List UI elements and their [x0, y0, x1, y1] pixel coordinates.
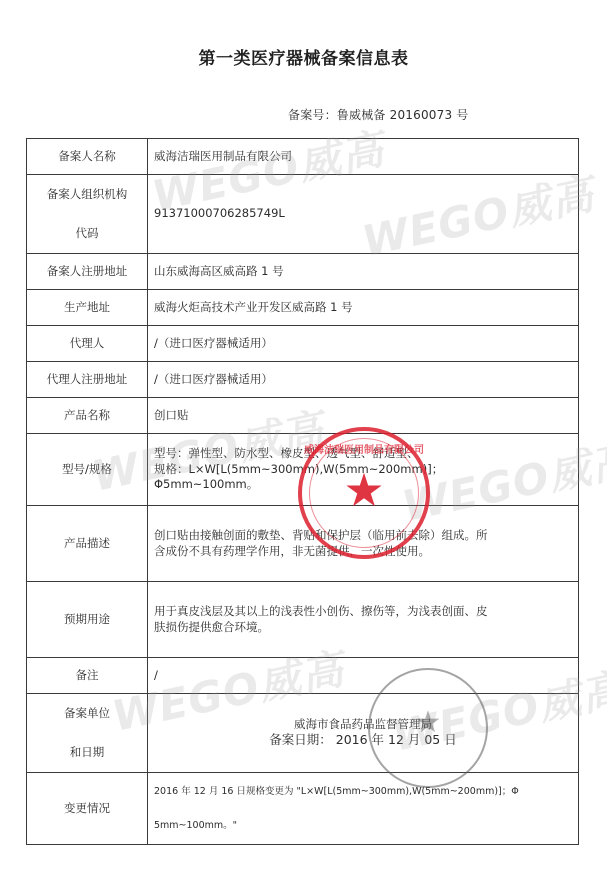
- notes-value: /: [148, 658, 579, 694]
- model-spec-value: 型号：弹性型、防水型、橡皮型、透气型、舒适型、 规格：L×W[L(5mm~300…: [148, 434, 579, 506]
- change-history-value: 2016 年 12 月 16 日规格变更为 "L×W[L(5mm~300mm),…: [148, 773, 579, 845]
- registered-address-value: 山东威海高区威高路 1 号: [148, 254, 579, 290]
- label-line: 备案人组织机构: [33, 175, 141, 214]
- row-label: 备案单位 和日期: [27, 694, 148, 773]
- filing-info-table: 备案人名称 威海洁瑞医用制品有限公司 备案人组织机构 代码 9137100070…: [26, 138, 579, 845]
- text-line: 创口贴由接触创面的敷垫、背贴和保护层（临用前去除）组成。所: [154, 528, 572, 544]
- product-name-value: 创口贴: [148, 398, 579, 434]
- table-row: 备案人名称 威海洁瑞医用制品有限公司: [27, 139, 579, 175]
- label-line: 备案单位: [33, 694, 141, 733]
- agent-value: /（进口医疗器械适用）: [148, 326, 579, 362]
- table-row: 生产地址 威海火炬高技术产业开发区威高路 1 号: [27, 290, 579, 326]
- text-line: 型号：弹性型、防水型、橡皮型、透气型、舒适型、: [154, 446, 572, 462]
- table-row: 代理人注册地址 /（进口医疗器械适用）: [27, 362, 579, 398]
- agent-address-value: /（进口医疗器械适用）: [148, 362, 579, 398]
- text-line: 含成份不具有药理学作用，非无菌提供，一次性使用。: [154, 544, 572, 560]
- filing-date: 备案日期： 2016 年 12 月 05 日: [154, 732, 572, 749]
- product-description-value: 创口贴由接触创面的敷垫、背贴和保护层（临用前去除）组成。所 含成份不具有药理学作…: [148, 506, 579, 582]
- text-line: Φ5mm~100mm。: [154, 477, 572, 493]
- filing-authority: 威海市食品药品监督管理局: [154, 717, 572, 733]
- text-line: 2016 年 12 月 16 日规格变更为 "L×W[L(5mm~300mm),…: [154, 775, 572, 809]
- table-row: 备案单位 和日期 威海市食品药品监督管理局 备案日期： 2016 年 12 月 …: [27, 694, 579, 773]
- row-label: 生产地址: [27, 290, 148, 326]
- table-row: 型号/规格 型号：弹性型、防水型、橡皮型、透气型、舒适型、 规格：L×W[L(5…: [27, 434, 579, 506]
- row-label: 变更情况: [27, 773, 148, 845]
- row-label: 代理人注册地址: [27, 362, 148, 398]
- row-label: 备案人名称: [27, 139, 148, 175]
- row-label: 备案人注册地址: [27, 254, 148, 290]
- row-label: 备案人组织机构 代码: [27, 175, 148, 254]
- text-line: 5mm~100mm。": [154, 809, 572, 843]
- row-label: 代理人: [27, 326, 148, 362]
- text-line: 用于真皮浅层及其以上的浅表性小创伤、擦伤等，为浅表创面、皮: [154, 604, 572, 620]
- table-row: 代理人 /（进口医疗器械适用）: [27, 326, 579, 362]
- table-row: 预期用途 用于真皮浅层及其以上的浅表性小创伤、擦伤等，为浅表创面、皮 肤损伤提供…: [27, 582, 579, 658]
- table-row: 产品描述 创口贴由接触创面的敷垫、背贴和保护层（临用前去除）组成。所 含成份不具…: [27, 506, 579, 582]
- document-title: 第一类医疗器械备案信息表: [0, 44, 607, 69]
- table-row: 变更情况 2016 年 12 月 16 日规格变更为 "L×W[L(5mm~30…: [27, 773, 579, 845]
- registrant-name-value: 威海洁瑞医用制品有限公司: [148, 139, 579, 175]
- intended-use-value: 用于真皮浅层及其以上的浅表性小创伤、擦伤等，为浅表创面、皮 肤损伤提供愈合环境。: [148, 582, 579, 658]
- table-row: 备注 /: [27, 658, 579, 694]
- row-label: 型号/规格: [27, 434, 148, 506]
- text-line: 规格：L×W[L(5mm~300mm),W(5mm~200mm)]；: [154, 462, 572, 478]
- filing-number: 备案号：鲁威械备 20160073 号: [288, 106, 469, 123]
- row-label: 产品描述: [27, 506, 148, 582]
- table-row: 产品名称 创口贴: [27, 398, 579, 434]
- filing-unit-value: 威海市食品药品监督管理局 备案日期： 2016 年 12 月 05 日: [148, 694, 579, 773]
- label-line: 和日期: [33, 733, 141, 772]
- text-line: 肤损伤提供愈合环境。: [154, 620, 572, 636]
- row-label: 备注: [27, 658, 148, 694]
- table-row: 备案人注册地址 山东威海高区威高路 1 号: [27, 254, 579, 290]
- table-row: 备案人组织机构 代码 91371000706285749L: [27, 175, 579, 254]
- row-label: 产品名称: [27, 398, 148, 434]
- production-address-value: 威海火炬高技术产业开发区威高路 1 号: [148, 290, 579, 326]
- org-code-value: 91371000706285749L: [148, 175, 579, 254]
- row-label: 预期用途: [27, 582, 148, 658]
- label-line: 代码: [33, 214, 141, 253]
